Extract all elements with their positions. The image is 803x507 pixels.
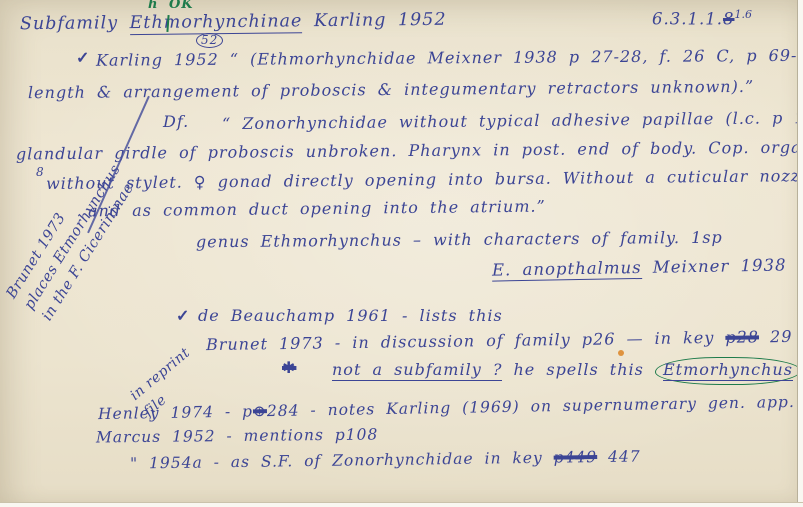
margin-note-rotated: Brunet 1973 places Etmorhynchus in the F… <box>2 150 144 326</box>
title-taxon: Ethmorhynchinae <box>130 11 303 35</box>
karling-citation-line: Karling 1952 “ (Ethmorhynchidae Meixner … <box>96 45 803 70</box>
definition-line-2: glandular girdle of proboscis unbroken. … <box>16 138 803 165</box>
check-icon: ✓ <box>76 48 90 68</box>
henley-post: 284 - notes Karling (1969) on supernumer… <box>267 393 795 420</box>
circled-spelling: Etmorhynchus <box>663 360 793 381</box>
card-title: Subfamily Ethmorhynchinae Karling 1952 <box>20 10 447 36</box>
species-author: Meixner 1938 <box>641 255 786 277</box>
karling-citation-post: “ (Ethmorhynchidae Meixner 1938 p 27-28,… <box>219 45 803 69</box>
green-circle-annotation: Etmorhynchus <box>655 357 801 385</box>
henley-pre: Henley 1974 - p <box>98 402 253 423</box>
henley-line: Henley 1974 - p⊛284 - notes Karling (196… <box>98 393 795 425</box>
marcus-1954-line: " 1954a - as S.F. of Zonorhynchidae in k… <box>130 447 641 474</box>
definition-label: Df. <box>163 112 189 132</box>
title-prefix: Subfamily <box>20 13 130 34</box>
debeauchamp-line: de Beauchamp 1961 - lists this <box>198 306 503 326</box>
index-card: 6.3.1.1.81.6 Subfamily Ethmorhynchinae K… <box>0 0 803 507</box>
struck-asterisk-mark: ✱ <box>282 358 296 378</box>
margin-insert-mark: 8 <box>36 165 45 180</box>
brunet-pre: Brunet 1973 - in discussion of family p2… <box>206 328 726 354</box>
karling-citation-pre: Karling 1952 <box>96 50 219 70</box>
definition-line-3: without stylet. ♀ gonad directly opening… <box>46 166 803 194</box>
karling-citation-cont: length & arrangement of proboscis & inte… <box>28 77 754 103</box>
corner-id: 6.3.1.1.81.6 <box>652 8 752 30</box>
subfamily-question-text: not a subfamily ? <box>332 360 502 381</box>
genus-line: genus Ethmorhynchus – with characters of… <box>196 228 723 253</box>
henley-blot-mark: ⊛ <box>253 402 267 420</box>
circled-year-annotation: 52 <box>196 33 223 48</box>
subfamily-question-mid: he spells this <box>502 360 655 379</box>
corner-id-struck-digit: 8 <box>723 10 735 29</box>
circled-year-text: 52 <box>196 33 223 48</box>
orange-dot-mark <box>618 350 624 356</box>
title-author: Karling 1952 <box>302 10 446 32</box>
marcus-1954-pre: 1954a - as S.F. of Zonorhynchidae in key <box>138 449 554 473</box>
species-line: E. anopthalmus Meixner 1938 <box>492 255 787 281</box>
check-icon: ✓ <box>176 306 190 326</box>
brunet-line: Brunet 1973 - in discussion of family p2… <box>206 327 793 355</box>
definition-line-1: “ Zonorhynchidae without typical adhesiv… <box>222 108 803 134</box>
green-insert-note: h OK <box>148 0 194 13</box>
corner-id-main: 6.3.1.1. <box>652 10 723 29</box>
definition-line-4: and as common duct opening into the atri… <box>88 197 546 222</box>
marcus-1954-struck-page: p449 <box>554 448 598 467</box>
marcus-1954-post: 447 <box>597 447 641 466</box>
brunet-struck-page: p28 <box>725 327 759 346</box>
brunet-post: 29 <box>759 327 793 346</box>
species-name: E. anopthalmus <box>492 258 642 282</box>
corner-id-superscript: 1.6 <box>734 8 752 21</box>
subfamily-question-line: not a subfamily ? he spells this Etmorhy… <box>332 357 801 385</box>
marcus-1952-line: Marcus 1952 - mentions p108 <box>96 426 379 448</box>
